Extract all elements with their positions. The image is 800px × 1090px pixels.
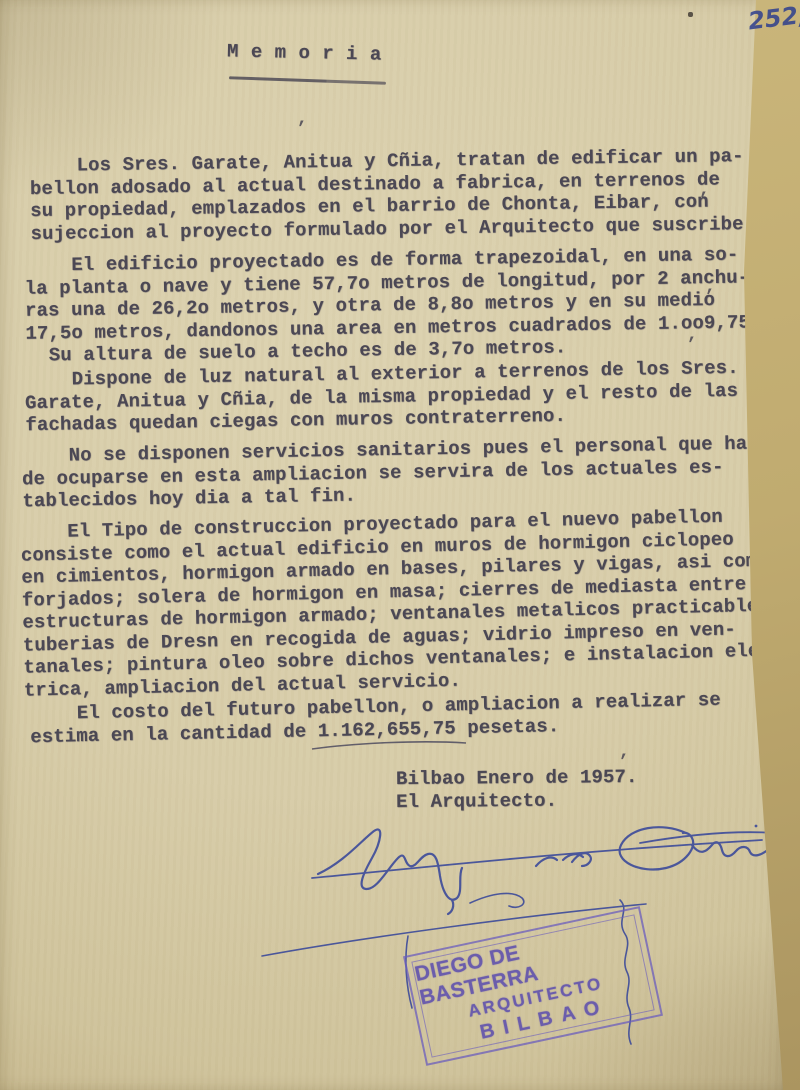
title-underline	[229, 76, 386, 84]
paragraph-5: El Tipo de construccion proyectado para …	[20, 504, 783, 701]
date-signer-block: Bilbao Enero de 1957. El Arquitecto.	[396, 766, 638, 813]
stray-mark: ’	[618, 753, 629, 773]
folio-number: 252,	[747, 0, 800, 35]
paragraph-4: No se disponen servicios sanitarios pues…	[21, 433, 748, 513]
paragraph-3: Dispone de luz natural al exterior a ter…	[24, 357, 739, 437]
paragraph-2: El edificio proyectado es de forma trape…	[24, 243, 762, 367]
date-line: Bilbao Enero de 1957.	[396, 766, 638, 790]
architect-stamp-border: DIEGO DE BASTERRA ARQUITECTO BILBAO	[411, 914, 654, 1057]
cost-underline-ink	[312, 742, 466, 749]
ink-speck	[688, 12, 693, 17]
paragraph-1: Los Sres. Garate, Anitua y Cñia, tratan …	[29, 145, 755, 245]
architect-stamp: DIEGO DE BASTERRA ARQUITECTO BILBAO	[403, 906, 663, 1066]
signature-stroke	[318, 829, 462, 899]
stray-mark: ’	[704, 288, 715, 308]
stray-mark: ’	[698, 191, 709, 211]
scanned-page: M e m o r i a Los Sres. Garate, Anitua y…	[0, 0, 800, 1090]
signer-line: El Arquitecto.	[396, 789, 557, 812]
stray-mark: ’	[686, 336, 697, 356]
stray-mark: ’	[296, 120, 307, 140]
document-title: M e m o r i a	[227, 40, 382, 66]
